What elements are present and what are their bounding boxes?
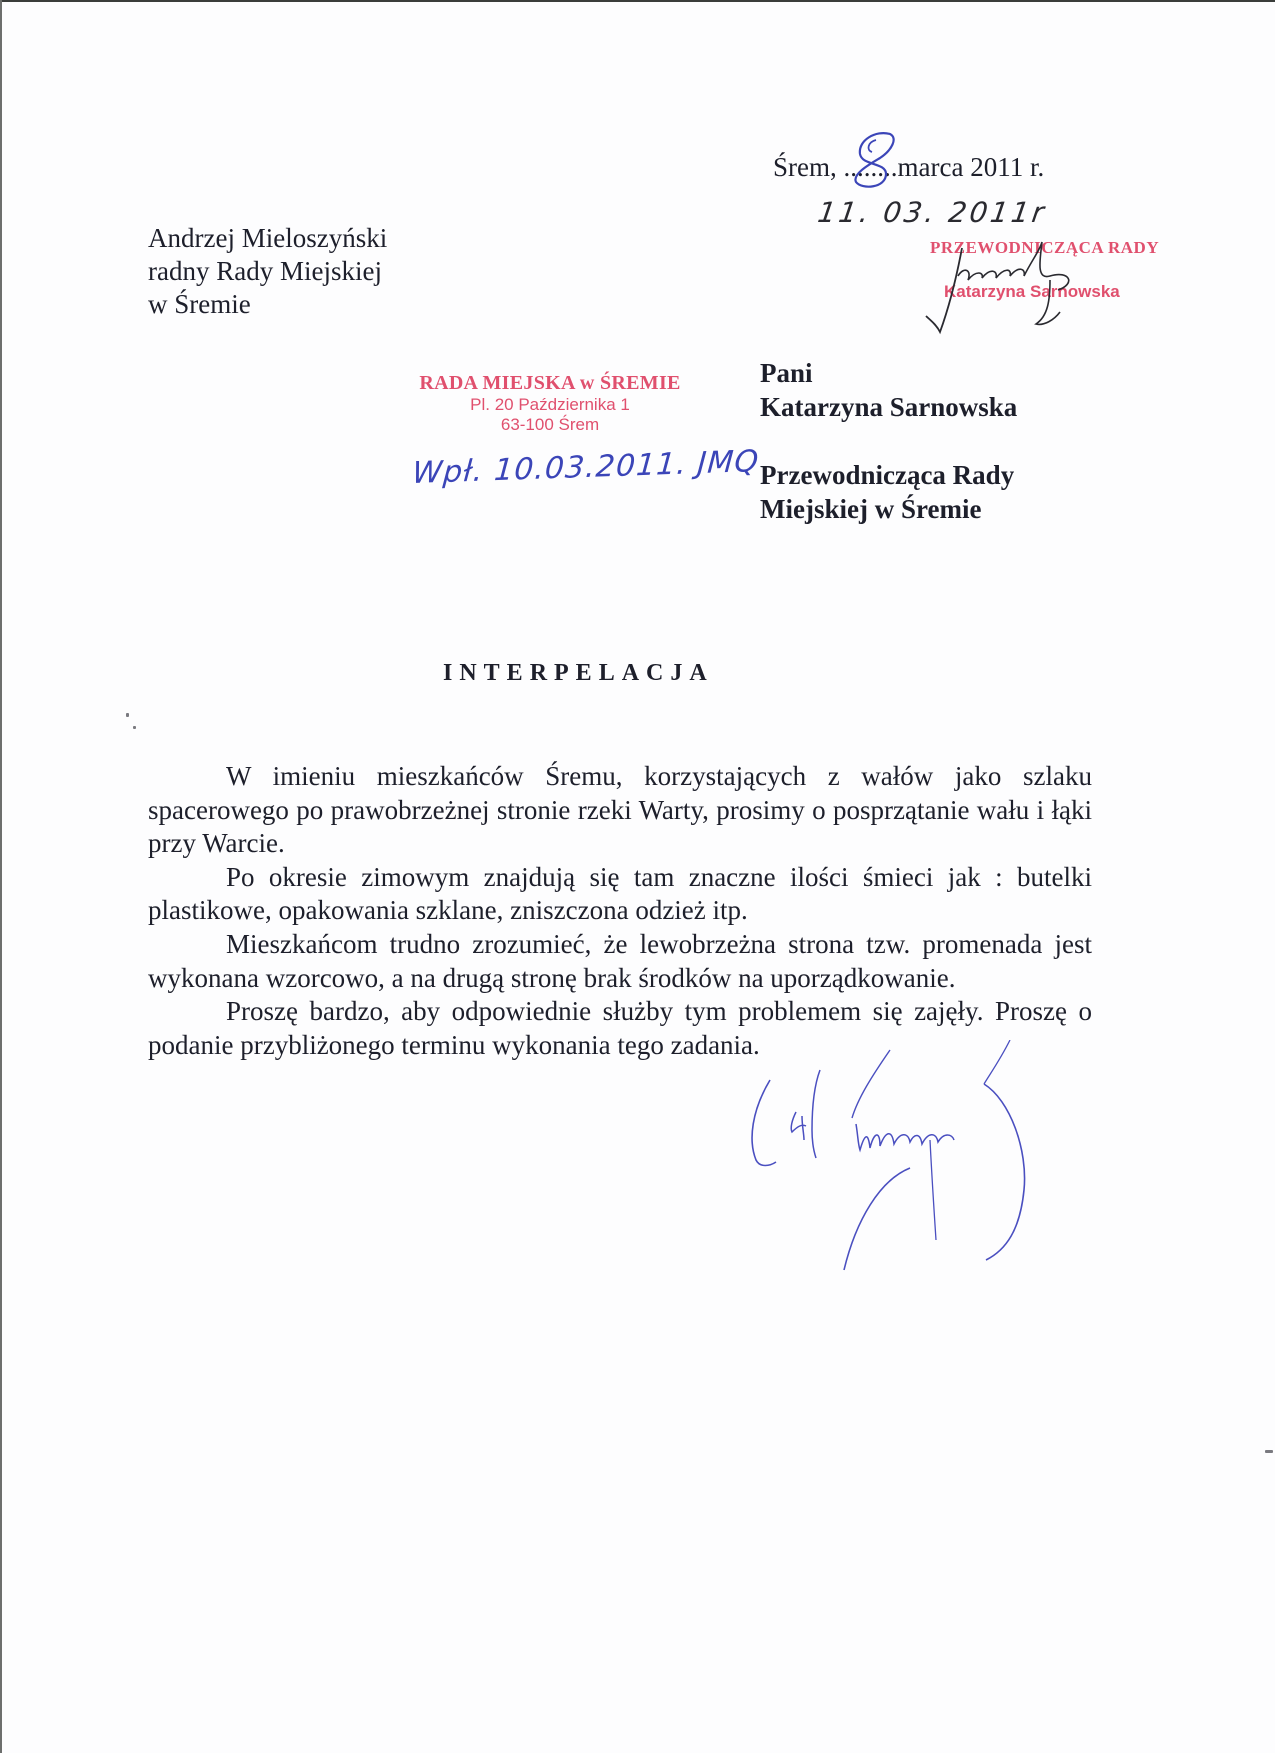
recipient-role-1: Przewodnicząca Rady	[760, 458, 1017, 492]
recipient-name: Katarzyna Sarnowska	[760, 390, 1017, 424]
paragraph: Mieszkańcom trudno zrozumieć, że lewobrz…	[148, 928, 1092, 995]
margin-mark	[1265, 1450, 1273, 1453]
chair-signature	[900, 220, 1100, 340]
handwritten-stamp-date: Wpł. 10.03.2011. JMQ	[411, 444, 760, 491]
sender-place: w Śremie	[148, 288, 387, 321]
council-stamp: RADA MIEJSKA w ŚREMIE Pl. 20 Październik…	[400, 372, 700, 435]
place-date-prefix: Śrem,	[773, 152, 844, 182]
council-stamp-name: RADA MIEJSKA w ŚREMIE	[400, 372, 700, 395]
council-stamp-address: Pl. 20 Października 1	[400, 395, 700, 415]
sender-role: radny Rady Miejskiej	[148, 255, 387, 288]
scan-edge-top	[0, 0, 1275, 2]
recipient-block: Pani Katarzyna Sarnowska Przewodnicząca …	[760, 356, 1017, 526]
paragraph: Po okresie zimowym znajdują się tam znac…	[148, 861, 1092, 928]
place-date-suffix: marca 2011 r.	[898, 152, 1045, 182]
council-stamp-postcode: 63-100 Śrem	[400, 415, 700, 435]
paragraph: W imieniu mieszkańców Śremu, korzystając…	[148, 760, 1092, 861]
place-date: Śrem, ........marca 2011 r.	[773, 152, 1044, 183]
sender-name: Andrzej Mieloszyński	[148, 222, 387, 255]
author-signature: (-) Mieloszyński	[740, 1040, 1060, 1290]
recipient-role-2: Miejskiej w Śremie	[760, 492, 1017, 526]
sender-block: Andrzej Mieloszyński radny Rady Miejskie…	[148, 222, 387, 321]
handwritten-day-mark	[846, 128, 906, 198]
letter-body: W imieniu mieszkańców Śremu, korzystając…	[148, 760, 1092, 1062]
margin-mark	[126, 713, 129, 717]
margin-mark	[133, 726, 136, 729]
recipient-salutation: Pani	[760, 356, 1017, 390]
scan-edge-left	[0, 0, 2, 1753]
document-title: INTERPELACJA	[443, 660, 714, 687]
